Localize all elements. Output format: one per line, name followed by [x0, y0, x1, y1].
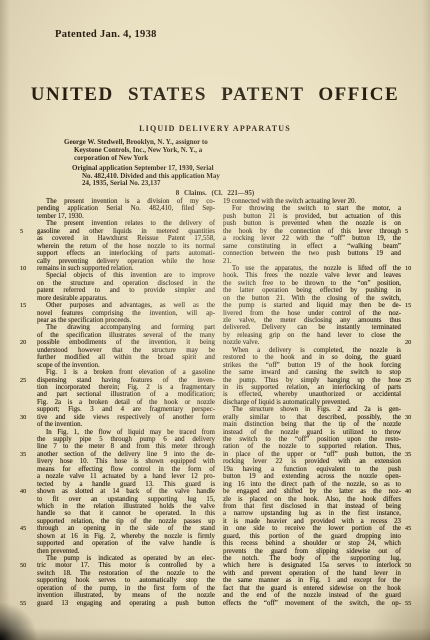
line-number: 20: [20, 339, 34, 346]
line-number: 55: [405, 600, 419, 607]
text-line: instead of the nozzle guard is utilized …: [223, 429, 401, 436]
text-line: of the invention.: [37, 421, 215, 428]
text-line: patent referred to and to provide simple…: [37, 287, 215, 294]
text-line: a nozzle valve 11 actuated by a hand lev…: [37, 473, 215, 480]
text-line: a narrow upstanding lug as in the first …: [223, 510, 401, 517]
text-line: gasoline and other liquids in metered qu…: [37, 228, 215, 235]
text-line: by releasing grip on the hand lever to c…: [223, 332, 401, 339]
text-line: a rocking lever 22 with the “off” button…: [223, 235, 401, 242]
line-number: 35: [405, 451, 419, 458]
text-line: The drawing accompanying and forming par…: [37, 324, 215, 331]
heading-line: corporation of New York: [60, 155, 370, 163]
text-line: tive and side views respectively of anot…: [37, 414, 215, 421]
text-line: then prevented.: [37, 548, 215, 555]
line-number: 30: [405, 414, 419, 421]
text-line: scope of the invention.: [37, 362, 215, 369]
line-number: 50: [405, 562, 419, 569]
text-line: line 7 to the meter 8 and from this mete…: [37, 443, 215, 450]
text-line: the notch. The body of the supporting lu…: [223, 555, 401, 562]
line-number: 15: [405, 302, 419, 309]
line-number: 40: [20, 488, 34, 495]
text-line: the same inward and causing the switch t…: [223, 369, 401, 376]
text-line: 21.: [223, 258, 401, 265]
text-line: in one side to receive the lower portion…: [223, 525, 401, 532]
text-line: 19 connected with the switch actuating l…: [223, 198, 401, 205]
text-line: cally preventing delivery operation whil…: [37, 258, 215, 265]
line-number: 45: [405, 525, 419, 532]
invention-title: LIQUID DELIVERY APPARATUS: [0, 124, 430, 133]
text-line: as covered in Hawxhurst Reissue Patent 1…: [37, 235, 215, 242]
line-number: 5: [20, 228, 34, 235]
text-line: guard 13 engaging and operating a push b…: [37, 600, 215, 607]
text-line: When a delivery is completed, the nozzle…: [223, 347, 401, 354]
text-line: same constituting in effect a “walking b…: [223, 243, 401, 250]
line-number: 25: [405, 377, 419, 384]
text-line: zle valve, the meter disclosing any amou…: [223, 317, 401, 324]
text-line: the same manner as in Fig. 1 and except …: [223, 577, 401, 584]
text-line: and the end of the nozzle instead of the…: [223, 592, 401, 599]
text-line: this recess behind a shoulder or stop 24…: [223, 540, 401, 547]
body-columns: The present invention is a division of m…: [37, 198, 401, 607]
line-number: 20: [405, 339, 419, 346]
inventor-block: George W. Stedwell, Brooklyn, N. Y., ass…: [60, 139, 370, 162]
text-line: nozzle valve.20: [223, 339, 401, 346]
line-number: 55: [20, 600, 34, 607]
text-line: guard, this portion of the guard droppin…: [223, 533, 401, 540]
text-line: tected by a handle guard 13. This guard …: [37, 481, 215, 488]
text-line: restored to the hook and in so doing, th…: [223, 354, 401, 361]
text-line: connection between the two push buttons …: [223, 250, 401, 257]
text-line: rocking lever 22 is provided with an ext…: [223, 458, 401, 465]
text-line: prevents the guard from slipping sidewis…: [223, 548, 401, 555]
text-line: Other purposes and advantages, as well a…: [37, 302, 215, 309]
line-number: 45: [20, 525, 34, 532]
text-line: support effects an interlocking of parts…: [37, 250, 215, 257]
text-line: effects the “off” movement of the switch…: [223, 600, 401, 607]
text-line: be engaged and shifted by the latter as …: [223, 488, 401, 495]
text-line: hook. This frees the nozzle valve lever …: [223, 272, 401, 279]
text-line: another section of the delivery line 9 i…: [37, 451, 215, 458]
heading-line: 24, 1935, Serial No. 23,137: [72, 180, 370, 188]
application-block: Original application September 17, 1930,…: [72, 165, 370, 188]
text-line: the pump is started and liquid may then …: [223, 302, 401, 309]
line-number: 10: [20, 265, 34, 272]
text-line: strikes the “off” button 19 of the hook …: [223, 362, 401, 369]
line-number: 5: [405, 228, 419, 235]
line-number: 25: [20, 377, 34, 384]
text-line: and part sectional illustration of a mod…: [37, 391, 215, 398]
text-line: in place of the upper or “off” push butt…: [223, 451, 401, 458]
text-line: push button 21 is provided, but actuatio…: [223, 213, 401, 220]
text-line: discharge of liquid is automatically pre…: [223, 399, 401, 406]
text-line: 19a having a function equivalent to the …: [223, 466, 401, 473]
text-line: handle so that it cannot be operated. In…: [37, 510, 215, 517]
text-line: ing 16 into the direct path of the nozzl…: [223, 481, 401, 488]
text-line: the latter operation being effected by p…: [223, 287, 401, 294]
text-line: further modified all within the broad sp…: [37, 354, 215, 361]
line-number: 10: [405, 265, 419, 272]
line-number: 15: [20, 302, 34, 309]
text-line: ration of the nozzle to supported relati…: [223, 443, 401, 450]
text-line: livered from the hose under control of t…: [223, 310, 401, 317]
text-line: Fig. 1 is a broken front elevation of a …: [37, 369, 215, 376]
text-line: novel features comprising the invention,…: [37, 310, 215, 317]
text-line: switch 18. The restoration of the nozzle…: [37, 570, 215, 577]
text-line: support; Figs. 3 and 4 are fragmentary p…: [37, 406, 215, 413]
text-line: supporting hook serves to automatically …: [37, 577, 215, 584]
text-line: delivered. Delivery can be instantly ter…: [223, 324, 401, 331]
text-line: button 19 and extending across the nozzl…: [223, 473, 401, 480]
text-line: which in the relation illustrated holds …: [37, 503, 215, 510]
column-left: The present invention is a division of m…: [37, 198, 215, 607]
text-line: push button is prevented when the nozzle…: [223, 220, 401, 227]
line-number: 35: [20, 451, 34, 458]
text-line: shown at 16 in Fig. 2, whereby the nozzl…: [37, 533, 215, 540]
patented-date: Patented Jan. 4, 1938: [55, 29, 157, 40]
text-line: Special objects of this invention are to…: [37, 272, 215, 279]
patent-page: Patented Jan. 4, 1938 UNITED STATES PATE…: [0, 0, 430, 640]
text-line: dispensing stand having features of the …: [37, 377, 215, 384]
text-line: which here is designated 15a serves to i…: [223, 562, 401, 569]
text-line: erally similar to that described, possib…: [223, 414, 401, 421]
text-line: means for effecting flow control in the …: [37, 466, 215, 473]
column-right: 19 connected with the switch actuating l…: [223, 198, 401, 607]
text-line: The pump is indicated as operated by an …: [37, 555, 215, 562]
text-line: on the button 21. With the closing of th…: [223, 295, 401, 302]
line-number: 30: [20, 414, 34, 421]
text-line: more desirable apparatus.: [37, 295, 215, 302]
text-line: In Fig. 1, the flow of liquid may be tra…: [37, 429, 215, 436]
text-line: shown as slotted at 14 back of the valve…: [37, 488, 215, 495]
line-number: 40: [405, 488, 419, 495]
text-line: pending application Serial No. 482,410, …: [37, 205, 215, 212]
text-line: main distinction being that the tip of t…: [223, 421, 401, 428]
line-number: 50: [20, 562, 34, 569]
text-line: The structure shown in Figs. 2 and 2a is…: [223, 406, 401, 413]
claims-line: 8 Claims. (Cl. 221—95): [0, 189, 430, 197]
text-line: wherein the return of the hose nozzle to…: [37, 243, 215, 250]
text-line: through an opening in the side of the st…: [37, 525, 215, 532]
text-line: possible embodiments of the invention, i…: [37, 339, 215, 346]
text-line: is effected, whereby unauthorized or acc…: [223, 391, 401, 398]
text-line: zle is placed on the hook. Also, the hoo…: [223, 496, 401, 503]
text-line: invention illustrated, by means of the n…: [37, 592, 215, 599]
text-line: The present invention relates to the del…: [37, 220, 215, 227]
text-line: tric motor 17. This motor is controlled …: [37, 562, 215, 569]
patent-office-title: UNITED STATES PATENT OFFICE: [0, 84, 430, 106]
text-line: to fit over an upstanding supporting lug…: [37, 496, 215, 503]
text-line: supported and operation of the valve han…: [37, 540, 215, 547]
text-line: livery hose 10. This hose is shown equip…: [37, 458, 215, 465]
text-line: the pump. Thus by simply hanging up the …: [223, 377, 401, 384]
text-line: For throwing the switch to start the mot…: [223, 205, 401, 212]
